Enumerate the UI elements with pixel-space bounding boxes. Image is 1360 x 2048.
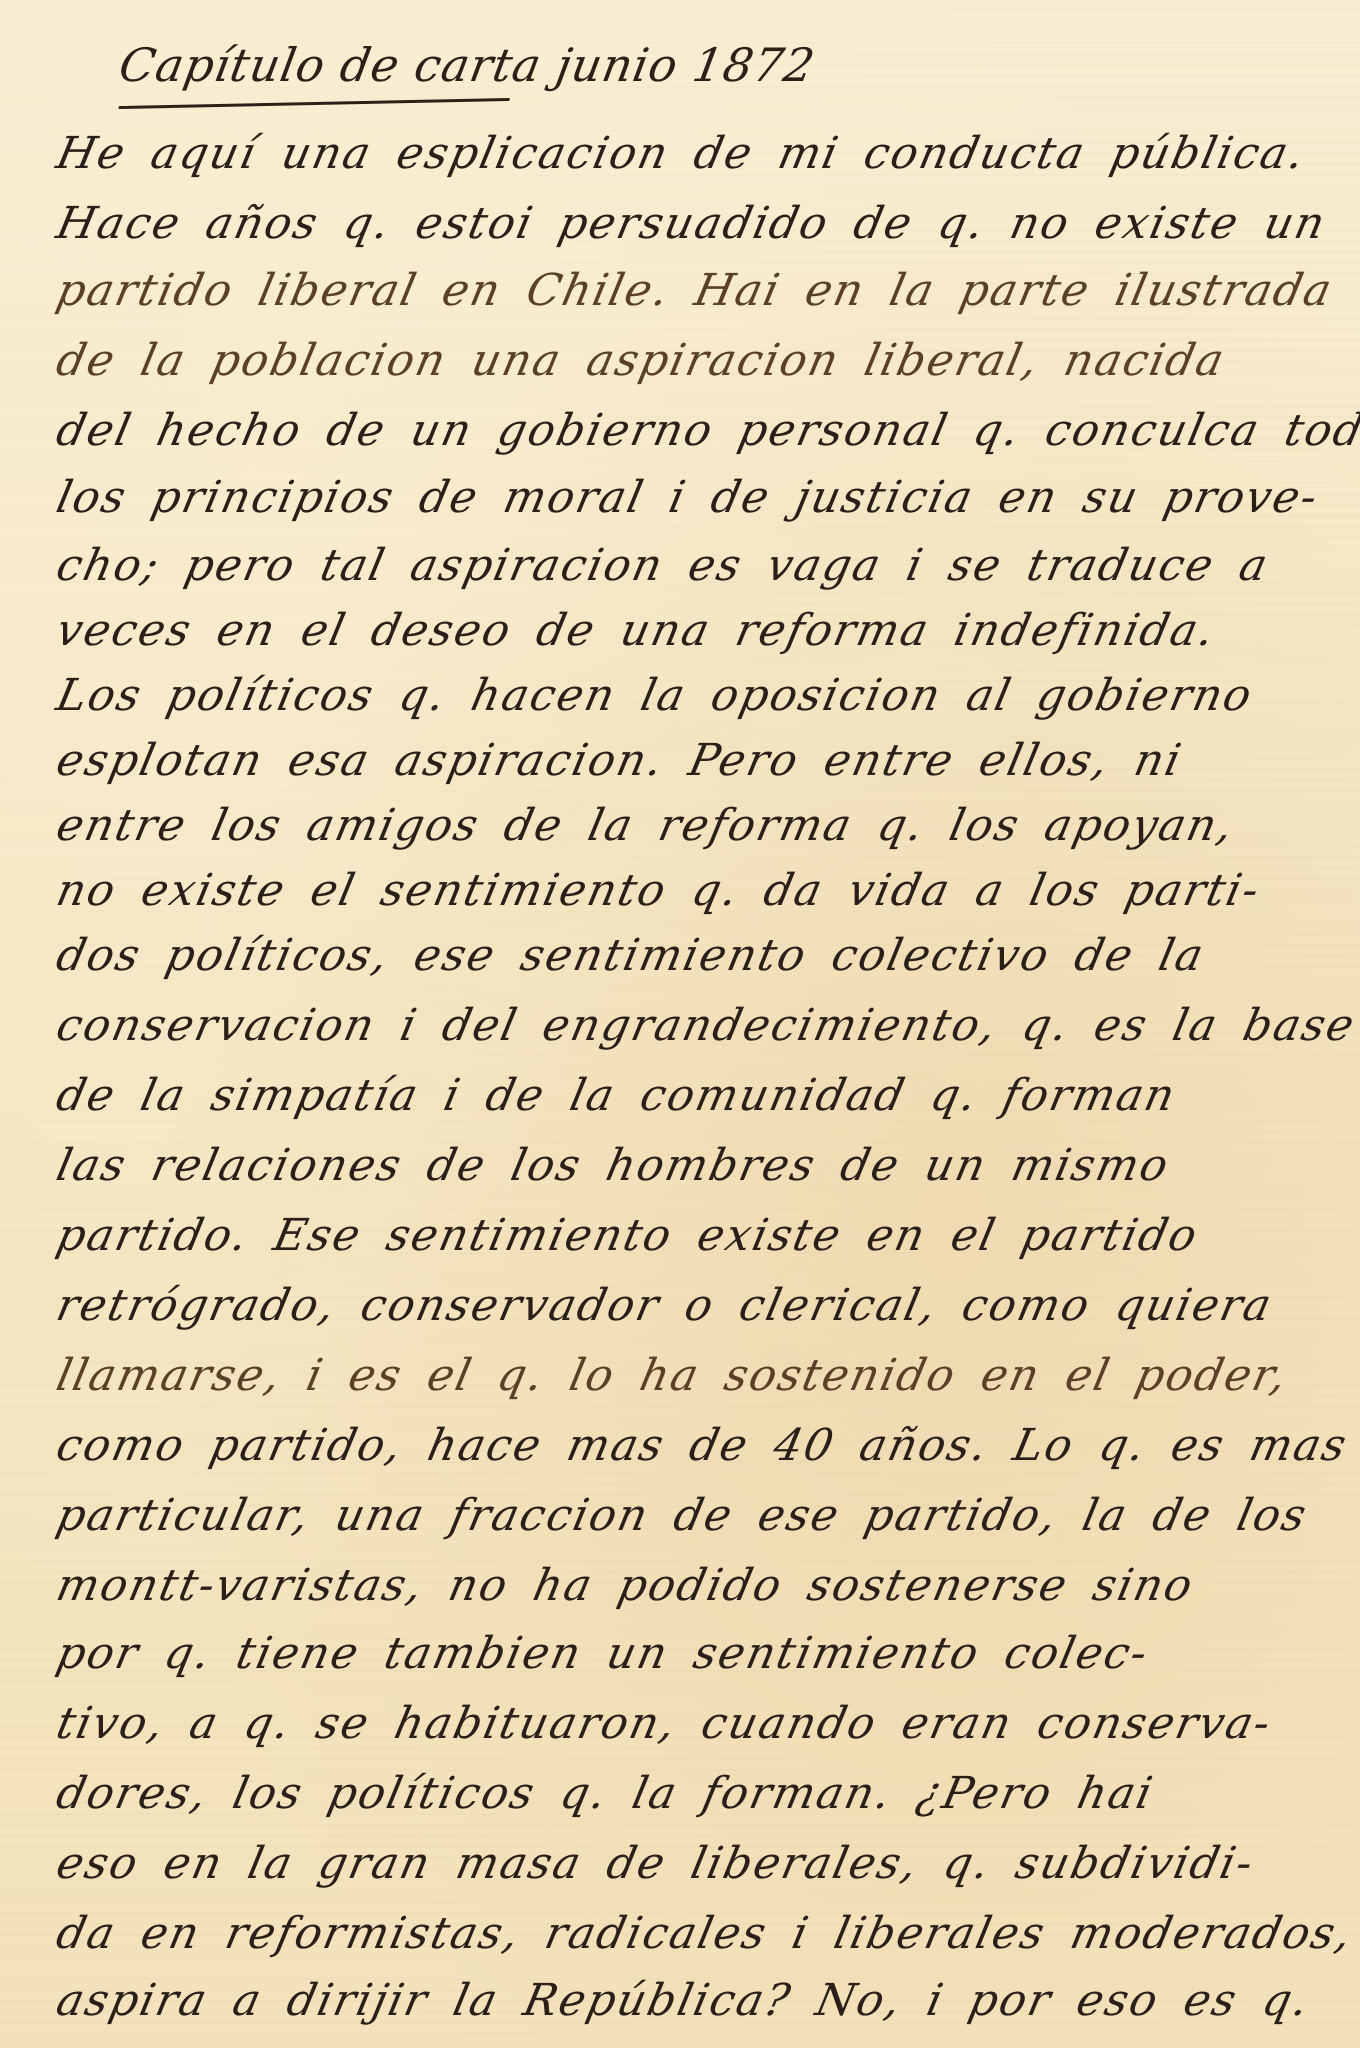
heading-underline	[118, 98, 510, 109]
manuscript-line: partido. Ese sentimiento existe en el pa…	[52, 1210, 1343, 1261]
manuscript-line: de la poblacion una aspiracion liberal, …	[52, 335, 1343, 386]
manuscript-line: retrógrado, conservador o clerical, como…	[52, 1280, 1343, 1331]
manuscript-line: dos políticos, ese sentimiento colectivo…	[52, 930, 1343, 981]
manuscript-line: particular, una fraccion de ese partido,…	[52, 1490, 1343, 1541]
manuscript-line: montt-varistas, no ha podido sostenerse …	[52, 1560, 1343, 1611]
letter-heading: Capítulo de carta junio 1872	[115, 38, 819, 92]
manuscript-line: Los políticos q. hacen la oposicion al g…	[52, 670, 1343, 721]
manuscript-line: por q. tiene tambien un sentimiento cole…	[52, 1628, 1343, 1679]
manuscript-line: dores, los políticos q. la forman. ¿Pero…	[52, 1768, 1343, 1819]
manuscript-line: esplotan esa aspiracion. Pero entre ello…	[52, 735, 1343, 786]
manuscript-line: da en reformistas, radicales i liberales…	[52, 1908, 1343, 1959]
manuscript-line: entre los amigos de la reforma q. los ap…	[52, 800, 1343, 851]
manuscript-line: de la simpatía i de la comunidad q. form…	[52, 1070, 1343, 1121]
letter-heading-text: Capítulo de carta junio 1872	[115, 38, 819, 92]
manuscript-line: He aquí una esplicacion de mi conducta p…	[52, 128, 1343, 179]
manuscript-line: tivo, a q. se habituaron, cuando eran co…	[52, 1698, 1343, 1749]
manuscript-page: Capítulo de carta junio 1872 He aquí una…	[0, 0, 1360, 2048]
manuscript-line: eso en la gran masa de liberales, q. sub…	[52, 1838, 1343, 1889]
manuscript-line: cho; pero tal aspiracion es vaga i se tr…	[52, 540, 1343, 591]
manuscript-line: como partido, hace mas de 40 años. Lo q.…	[52, 1420, 1343, 1471]
manuscript-line: conservacion i del engrandecimiento, q. …	[52, 1000, 1343, 1051]
manuscript-line: las relaciones de los hombres de un mism…	[52, 1140, 1343, 1191]
manuscript-line: Hace años q. estoi persuadido de q. no e…	[52, 198, 1343, 249]
manuscript-line: veces en el deseo de una reforma indefin…	[52, 605, 1343, 656]
manuscript-line: partido liberal en Chile. Hai en la part…	[52, 265, 1343, 316]
manuscript-line: aspira a dirijir la República? No, i por…	[52, 1975, 1343, 2026]
manuscript-line: los principios de moral i de justicia en…	[52, 472, 1343, 523]
manuscript-line: llamarse, i es el q. lo ha sostenido en …	[52, 1350, 1343, 1401]
manuscript-line: no existe el sentimiento q. da vida a lo…	[52, 865, 1343, 916]
manuscript-line: del hecho de un gobierno personal q. con…	[52, 405, 1343, 456]
